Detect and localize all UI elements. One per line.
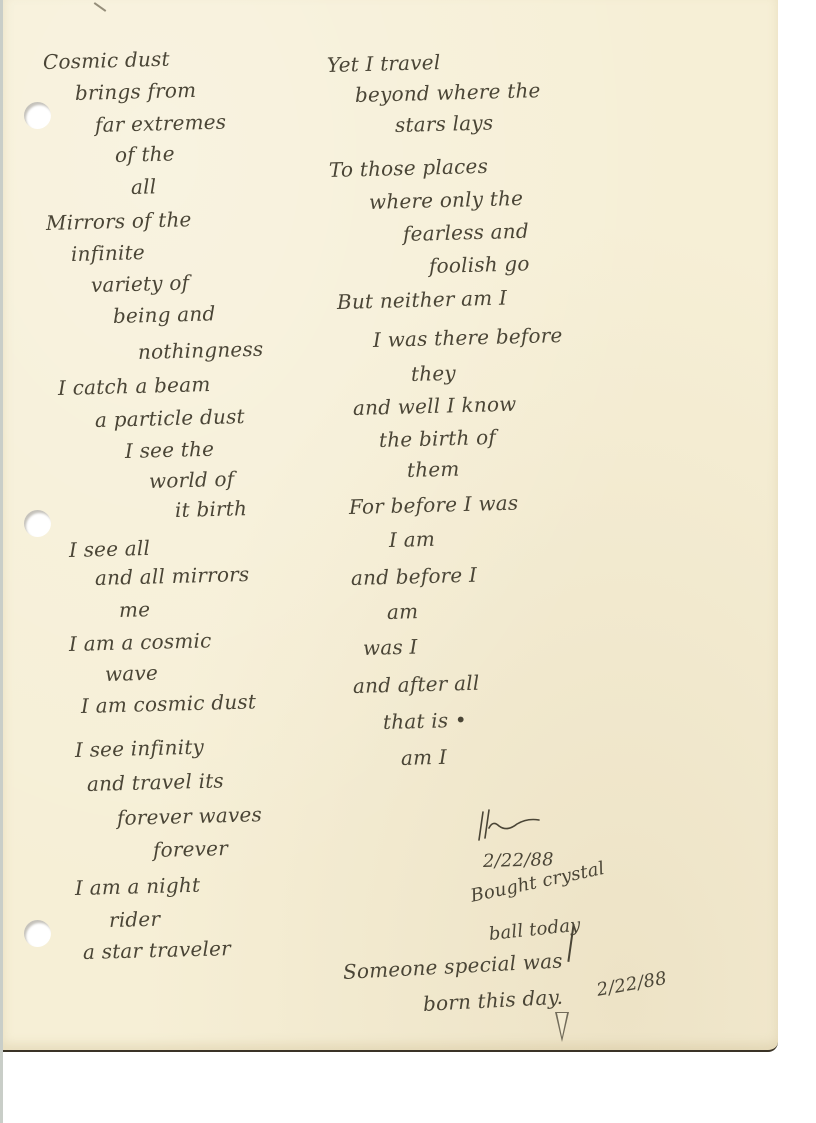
poem-line: forever waves [117,804,262,828]
poem-line: To those places [329,156,489,180]
pencil-mark [94,2,107,12]
punch-hole-middle [24,510,51,537]
poem-line: nothingness [138,339,264,362]
poem-line: I catch a beam [58,374,211,398]
poem-line: that is • [383,710,467,732]
punch-hole-top [24,102,51,129]
signature-mark [477,806,547,846]
poem-line: me [119,599,151,620]
note-line: Someone special was [342,951,563,982]
poem-line: am [387,601,419,622]
poem-line: am I [401,747,447,768]
poem-line: and all mirrors [95,564,250,588]
poem-line: I see the [125,439,215,461]
poem-line: foolish go [429,253,530,276]
poem-line: all [131,176,157,197]
poem-line: brings from [75,80,197,103]
poem-line: where only the [369,188,524,212]
poem-line: Cosmic dust [43,49,170,72]
poem-line: far extremes [95,112,227,135]
poem-line: being and [113,303,216,326]
poem-line: fearless and [403,221,529,244]
poem-line: a particle dust [95,406,245,430]
poem-line: forever [153,838,228,860]
poem-line: variety of [91,272,190,295]
poem-line: them [407,459,460,480]
poem-line: For before I was [349,493,519,517]
poem-line: a star traveler [83,938,231,962]
poem-line: the birth of [379,427,496,450]
poem-line: Mirrors of the [46,209,192,233]
note-date: 2/22/88 [595,970,668,1000]
poem-line: I am a cosmic [69,630,212,654]
poem-line: I am cosmic dust [81,691,257,716]
poem-line: and well I know [353,394,517,418]
poem-line: and before I [351,565,478,588]
poem-line: wave [105,663,158,684]
poem-line: I am [389,529,435,550]
poem-line: stars lays [395,112,494,135]
poem-line: rider [109,909,161,930]
notebook-paper: Cosmic dust brings from far extremes of … [3,0,778,1052]
poem-line: and travel its [87,770,224,794]
poem-line: world of [149,469,235,491]
poem-line: was I [363,637,418,658]
triangle-mark [555,1012,569,1042]
poem-line: I see infinity [75,737,205,760]
poem-line: they [411,363,456,384]
poem-line: and after all [353,673,480,696]
poem-line: of the [115,143,175,165]
poem-line: But neither am I [337,288,508,312]
poem-line: Yet I travel [327,52,441,75]
poem-line: I am a night [75,875,201,898]
poem-line: it birth [175,498,248,520]
note-line: born this day. [422,987,563,1014]
signature-date: 2/22/88 [483,851,554,871]
poem-line: I was there before [373,325,563,350]
scanned-page: Cosmic dust brings from far extremes of … [0,0,816,1123]
note-line: ball today [488,916,581,944]
poem-line: infinite [71,242,145,264]
poem-line: beyond where the [355,80,541,105]
poem-line: I see all [69,538,151,560]
punch-hole-bottom [24,920,51,947]
